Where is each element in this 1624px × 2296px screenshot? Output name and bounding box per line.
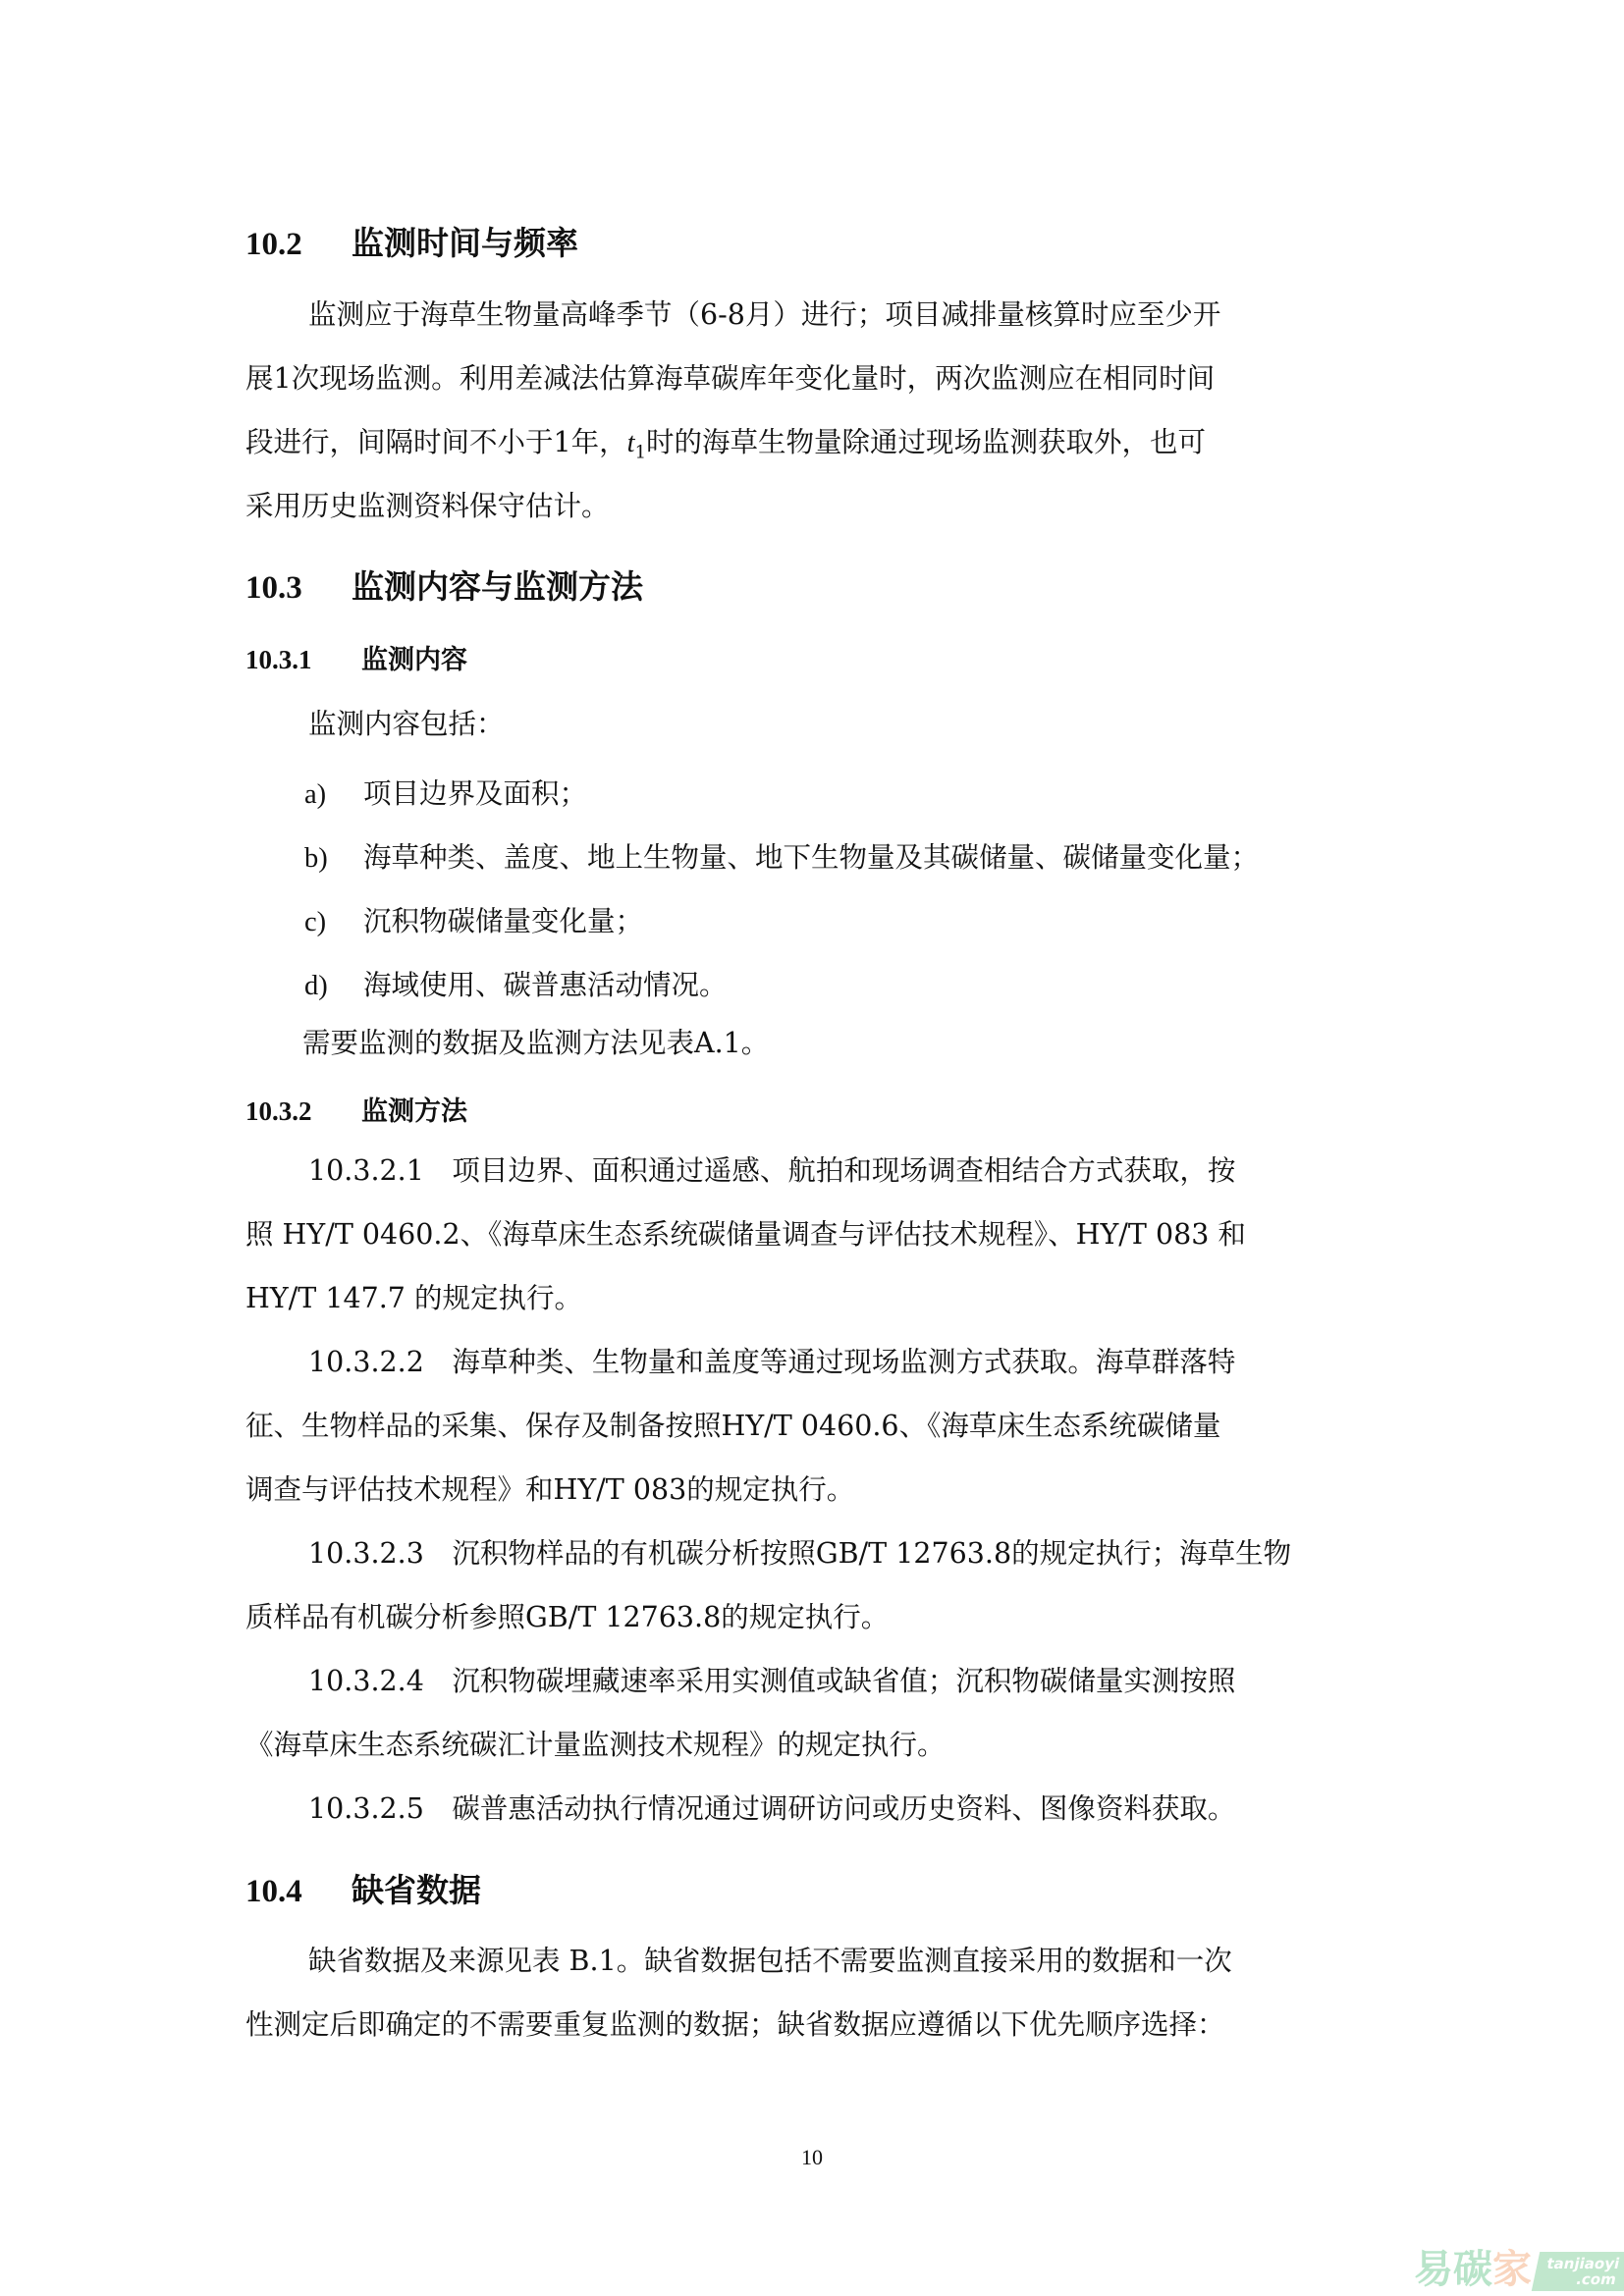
watermark-domain-tag: tanjiaoyi.com <box>1532 2252 1624 2291</box>
list-item-b: b)海草种类、盖度、地上生物量、地下生物量及其碳储量、碳储量变化量； <box>304 835 1259 876</box>
page-number: 10 <box>0 2145 1624 2170</box>
paragraph-10-4: 缺省数据及来源见表 B.1。缺省数据包括不需要监测直接采用的数据和一次 性测定后… <box>245 1929 1384 2056</box>
heading-10-4: 10.4缺省数据 <box>245 1865 481 1911</box>
list-item-d: d)海域使用、碳普惠活动情况。 <box>304 963 728 1003</box>
watermark-logo: 易碳家tanjiaoyi.com <box>1414 2238 1624 2294</box>
heading-10-2: 10.2监测时间与频率 <box>245 218 578 264</box>
paragraph-10-2: 监测应于海草生物量高峰季节（6-8月）进行；项目减排量核算时应至少开 展1次现场… <box>245 283 1384 538</box>
heading-10-3-2: 10.3.2监测方法 <box>245 1090 467 1128</box>
monitoring-content-intro: 监测内容包括： <box>245 692 1384 756</box>
clause-10-3-2-1: 10.3.2.1 项目边界、面积通过遥感、航拍和现场调查相结合方式获取，按 照 … <box>245 1139 1384 1330</box>
clause-10-3-2-5: 10.3.2.5 碳普惠活动执行情况通过调研访问或历史资料、图像资料获取。 <box>245 1777 1384 1841</box>
clause-10-3-2-4: 10.3.2.4 沉积物碳埋藏速率采用实测值或缺省值；沉积物碳储量实测按照 《海… <box>245 1649 1384 1777</box>
clause-10-3-2-3: 10.3.2.3 沉积物样品的有机碳分析按照GB/T 12763.8的规定执行；… <box>245 1522 1384 1649</box>
heading-10-3: 10.3监测内容与监测方法 <box>245 561 643 608</box>
table-reference-note: 需要监测的数据及监测方法见表A.1。 <box>245 1011 1384 1075</box>
clause-10-3-2-2: 10.3.2.2 海草种类、生物量和盖度等通过现场监测方式获取。海草群落特 征、… <box>245 1330 1384 1522</box>
heading-10-3-1: 10.3.1监测内容 <box>245 638 467 676</box>
list-item-c: c)沉积物碳储量变化量； <box>304 899 643 939</box>
list-item-a: a)项目边界及面积； <box>304 772 587 812</box>
